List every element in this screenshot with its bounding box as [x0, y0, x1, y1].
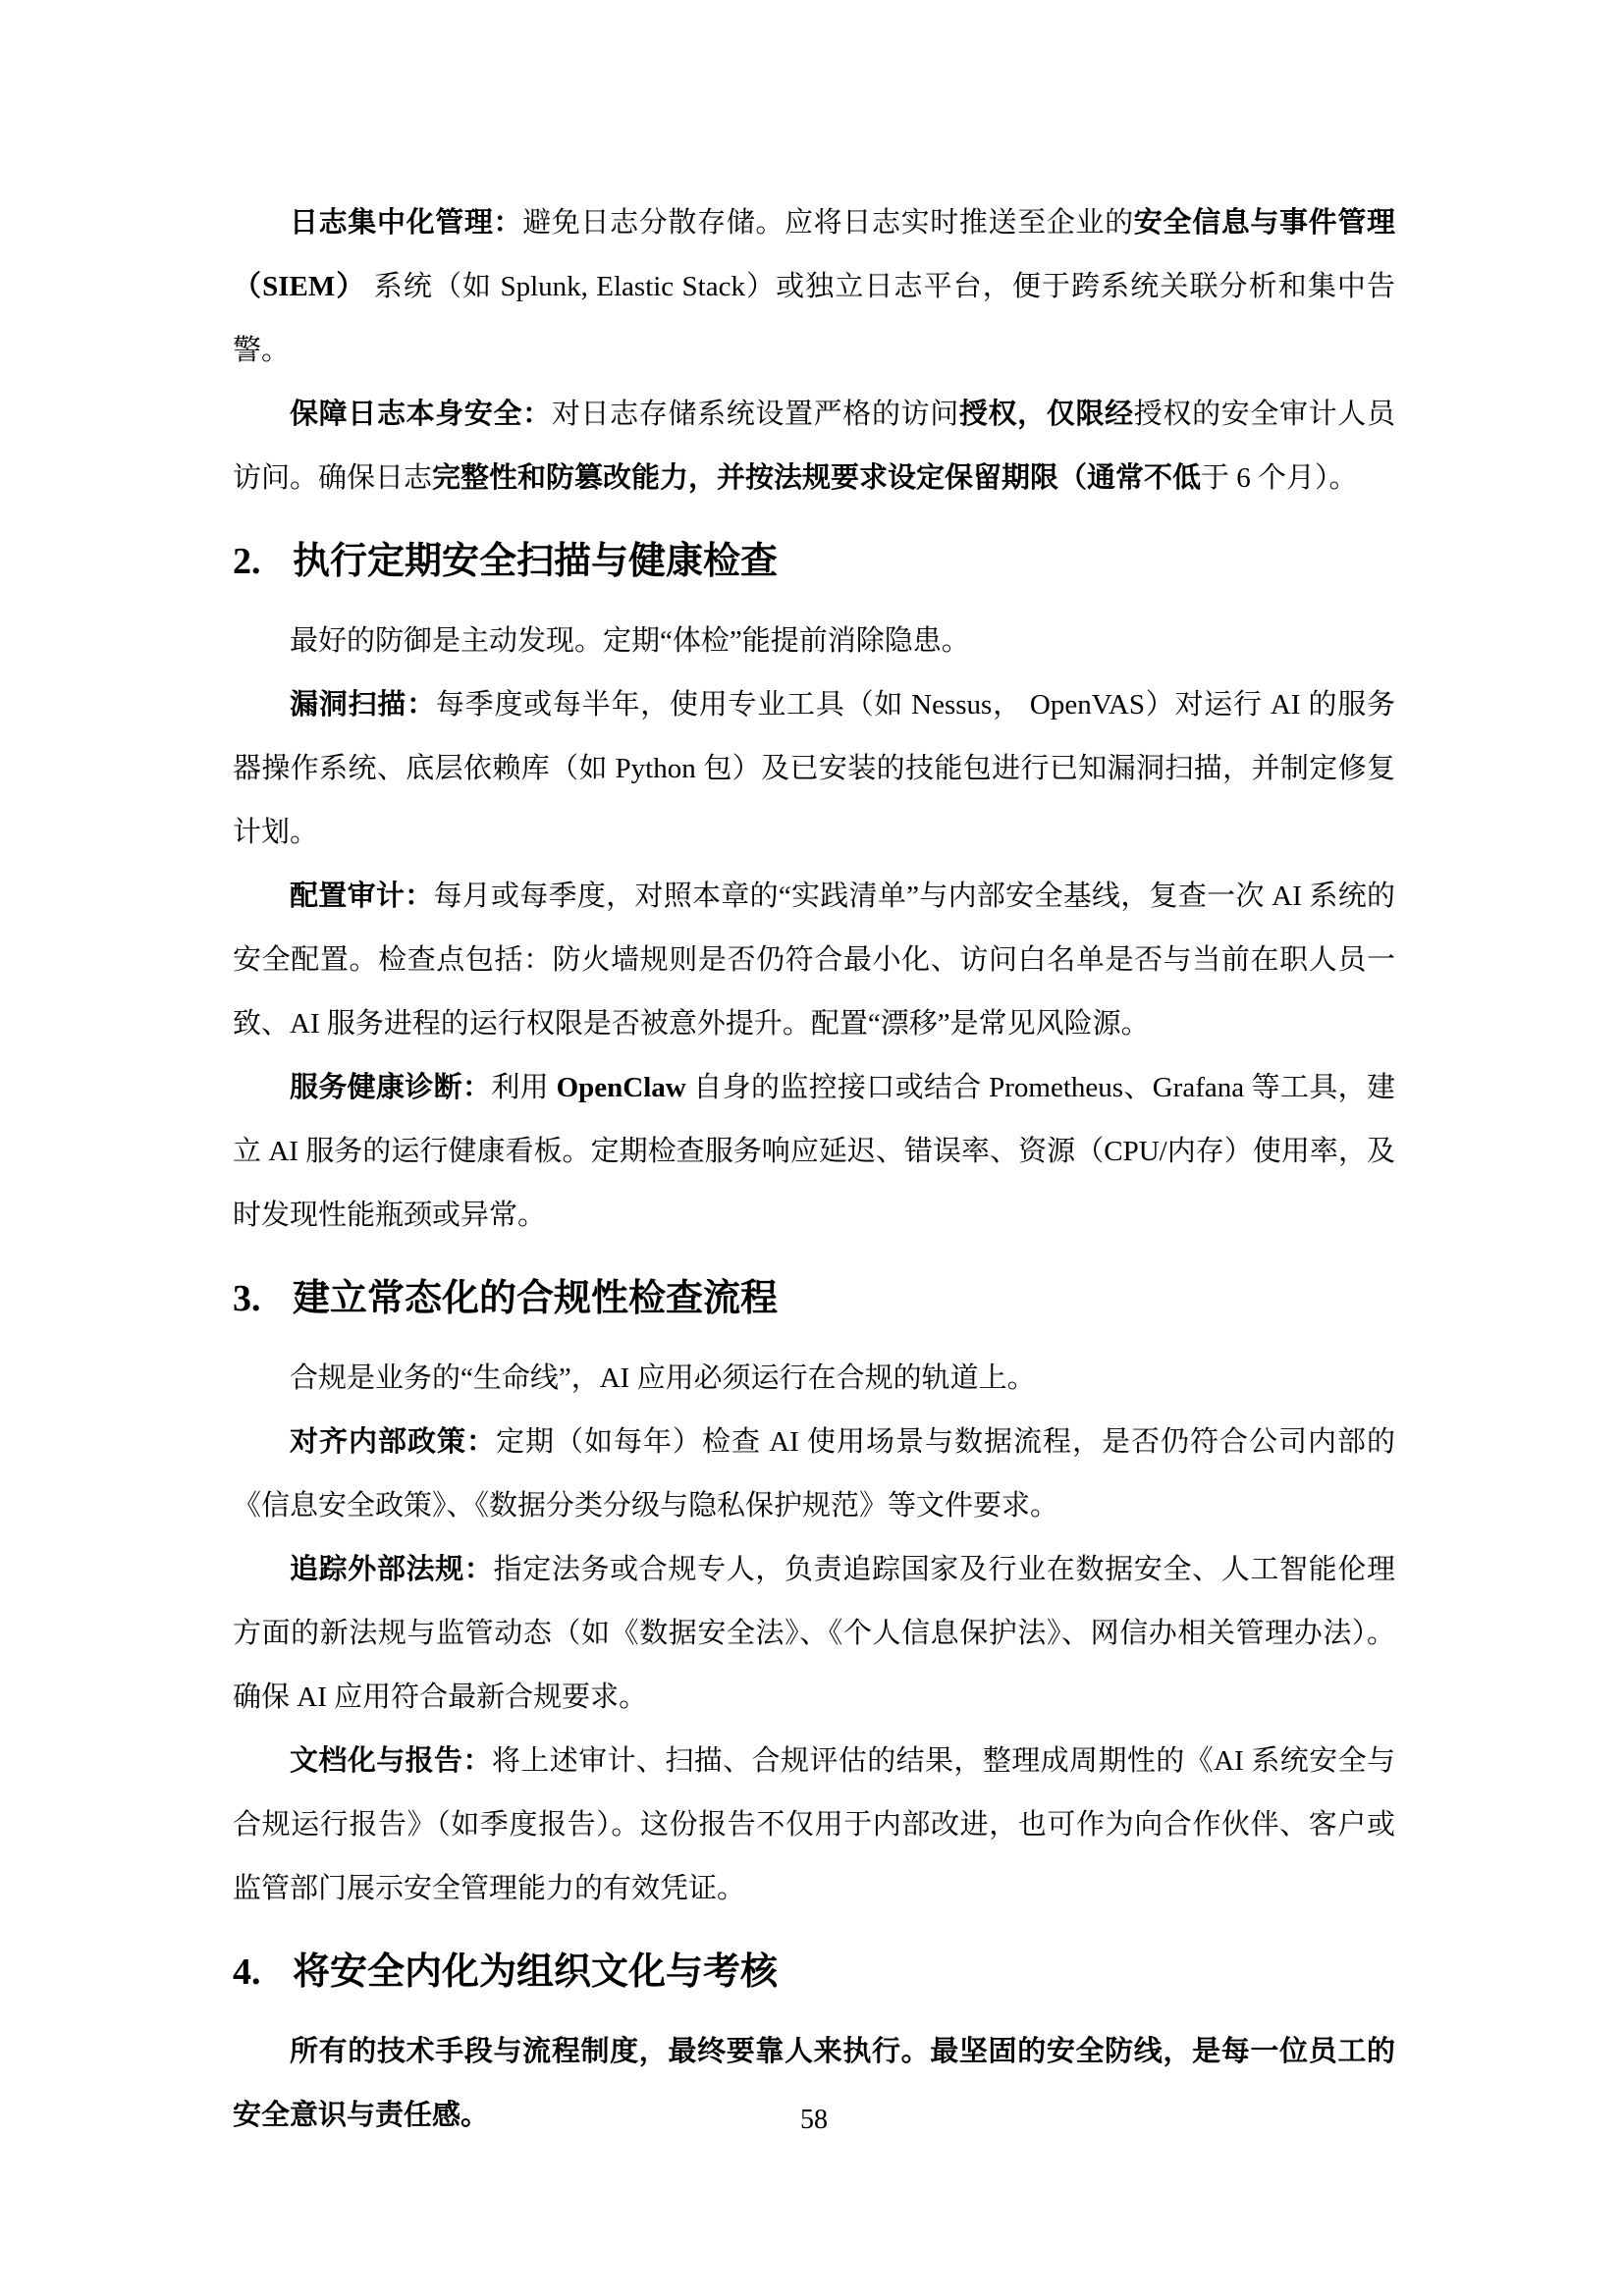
- text-run: 于 6 个月）。: [1201, 462, 1358, 494]
- paragraph: 合规是业务的“生命线”，AI 应用必须运行在合规的轨道上。: [233, 1347, 1395, 1411]
- paragraph: 最好的防御是主动发现。定期“体检”能提前消除隐患。: [233, 610, 1395, 673]
- page-footer: 58: [233, 2101, 1395, 2140]
- text-run: 最好的防御是主动发现。定期“体检”能提前消除隐患。: [290, 625, 970, 657]
- heading-text: 建立常态化的合规性检查流程: [293, 1278, 778, 1319]
- bold-text-run: 授权，仅限经: [959, 399, 1134, 430]
- text-run: 合规是业务的“生命线”，AI 应用必须运行在合规的轨道上。: [290, 1362, 1036, 1394]
- bold-text-run: 配置审计：: [290, 881, 433, 912]
- bold-text-run: 保障日志本身安全：: [290, 399, 552, 430]
- heading-number: 2.: [233, 530, 293, 594]
- text-run: 利用: [491, 1072, 556, 1103]
- bold-text-run: 漏洞扫描：: [290, 689, 436, 721]
- text-run: 对日志存储系统设置严格的访问: [552, 399, 959, 430]
- document-page: 日志集中化管理：避免日志分散存储。应将日志实时推送至企业的安全信息与事件管理（S…: [0, 0, 1624, 2296]
- paragraph: 保障日志本身安全：对日志存储系统设置严格的访问授权，仅限经授权的安全审计人员访问…: [233, 383, 1395, 510]
- section-heading: 4.将安全内化为组织文化与考核: [233, 1941, 1395, 2004]
- paragraph: 文档化与报告：将上述审计、扫描、合规评估的结果，整理成周期性的《AI 系统安全与…: [233, 1730, 1395, 1921]
- section-heading: 2.执行定期安全扫描与健康检查: [233, 530, 1395, 594]
- paragraph: 对齐内部政策：定期（如每年）检查 AI 使用场景与数据流程，是否仍符合公司内部的…: [233, 1411, 1395, 1538]
- paragraph: 配置审计：每月或每季度，对照本章的“实践清单”与内部安全基线，复查一次 AI 系…: [233, 865, 1395, 1056]
- paragraph: 漏洞扫描：每季度或每半年，使用专业工具（如 Nessus， OpenVAS）对运…: [233, 673, 1395, 865]
- heading-number: 4.: [233, 1941, 293, 2004]
- bold-text-run: 服务健康诊断：: [290, 1072, 491, 1103]
- bold-text-run: 日志集中化管理：: [290, 207, 522, 239]
- paragraph: 日志集中化管理：避免日志分散存储。应将日志实时推送至企业的安全信息与事件管理（S…: [233, 191, 1395, 383]
- bold-text-run: 追踪外部法规：: [290, 1554, 494, 1585]
- bold-text-run: 文档化与报告：: [290, 1745, 492, 1777]
- heading-text: 执行定期安全扫描与健康检查: [293, 541, 778, 582]
- bold-text-run: 完整性和防篡改能力，并按法规要求设定保留期限（通常不低: [432, 462, 1201, 494]
- bold-text-run: OpenClaw: [557, 1072, 686, 1103]
- bold-text-run: 对齐内部政策：: [290, 1426, 496, 1458]
- text-run: 系统（如 Splunk, Elastic Stack）或独立日志平台，便于跨系统…: [233, 271, 1395, 366]
- section-heading: 3.建立常态化的合规性检查流程: [233, 1267, 1395, 1331]
- text-run: 避免日志分散存储。应将日志实时推送至企业的: [522, 207, 1134, 239]
- paragraph: 追踪外部法规：指定法务或合规专人，负责追踪国家及行业在数据安全、人工智能伦理方面…: [233, 1538, 1395, 1730]
- heading-number: 3.: [233, 1267, 293, 1331]
- page-number: 58: [800, 2105, 828, 2135]
- paragraph: 服务健康诊断：利用 OpenClaw 自身的监控接口或结合 Prometheus…: [233, 1056, 1395, 1248]
- heading-text: 将安全内化为组织文化与考核: [293, 1951, 778, 1993]
- document-body: 日志集中化管理：避免日志分散存储。应将日志实时推送至企业的安全信息与事件管理（S…: [233, 191, 1395, 2148]
